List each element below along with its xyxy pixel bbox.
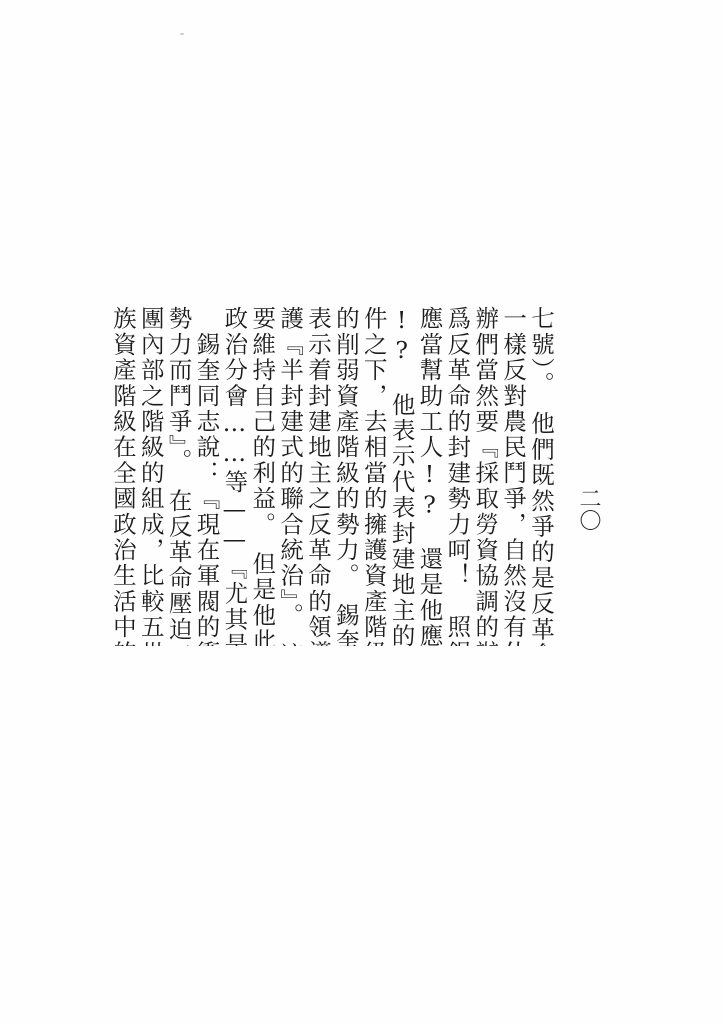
text-column: 表示着封建地主之反革命的領導。 同樣，若在農民進攻的前面，資產階級同樣也要保 [303, 306, 331, 646]
text-column: 政治分會……等——『尤其是』要保護資產階級的利益。 [220, 306, 248, 646]
text-column: 團內部之階級的組成，比較五卅運動以前的軍閥戰爭的確有點不同，就是現在提高了民 [136, 306, 164, 646]
scan-speck [180, 33, 184, 35]
text-column: 件之下，去相當的擁護資產階級的利益，並且在適合於封建地主之口味的條件下，相當 [359, 306, 387, 646]
text-column: 七號）。 他們既然爭的是反革命領導權（不是革命領導權），則當然一樣壓迫工人， [526, 306, 554, 646]
text-column: 的削弱資產階級的勢力。 錫奎同志自己所說的『尤其是代表地主的利益』，這句話就 [331, 306, 359, 646]
text-column: 要維持自己的利益。 但是他此外還有許多其他的提議——收回關稅，財政統一，取消 [247, 306, 275, 646]
text-column: 應當幫助工人!? 還是他應當熄滅一切企業，將二十世紀的中國，回轉到十五六世紀去 [415, 306, 443, 646]
text-column: 錫奎同志說：『現在軍閥的衝突及其鬥爭和以前沒有兩樣，爲瓜分地盤和擴大政治 [192, 306, 220, 646]
text-column: 一樣反對農民鬥爭，自然沒有什麼問題。 當工人反對資產階級的時候，桂系的地主買 [498, 306, 526, 646]
text-column: 爲反革命的封建勢力呵！ 照錫奎同志的意見，假使桂系代表着地主買辦的利益，他便 [443, 306, 471, 646]
text-column: !? 他表示代表封建地主的地方，乃是在不削弱封建地主在經濟及政治之一切權利的條 [387, 306, 415, 646]
text-column: 勢力而鬥爭』。 在反革命壓迫工農一方面說，自然『沒有兩樣』，但是這個反革命集 [164, 306, 192, 646]
text-column: 族資產階級在全國政治生活中的比重，雖然他到現在還沒有握着反革命的領導。 這件 [108, 306, 136, 646]
vertical-text-block: 七號）。 他們既然爭的是反革命領導權（不是革命領導權），則當然一樣壓迫工人， 一… [108, 306, 554, 646]
page-number: 二〇 [573, 487, 604, 531]
scanned-page: 二〇 七號）。 他們既然爭的是反革命領導權（不是革命領導權），則當然一樣壓迫工人… [0, 0, 722, 1024]
text-column: 辦們當然要『採取勞資協調的辦法，保護資產階級的利益』，以壓迫工人，不然還不得名 [470, 306, 498, 646]
text-column: 護『半封建式的聯合統治』。 這並不是他犧牲了資產階級之階級的利益，乃正因爲他 [275, 306, 303, 646]
